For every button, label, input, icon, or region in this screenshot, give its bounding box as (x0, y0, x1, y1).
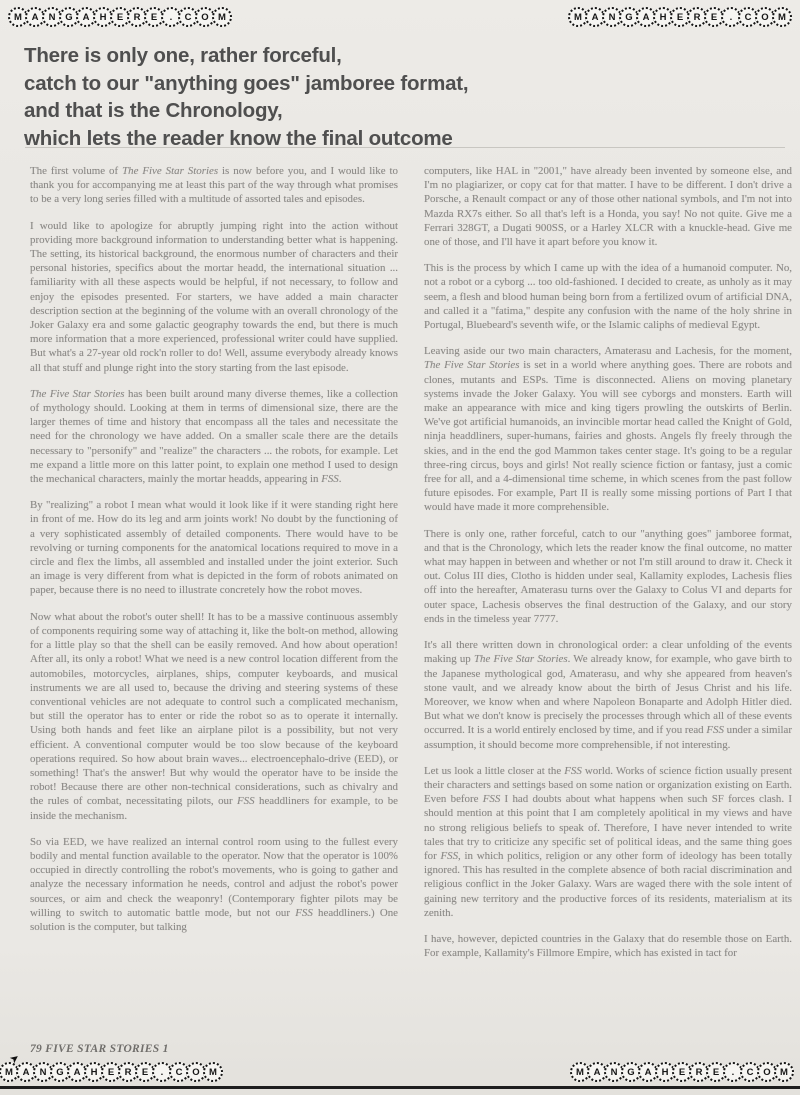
paragraph: It's all there written down in chronolog… (424, 638, 792, 752)
paragraph: Now what about the robot's outer shell! … (30, 610, 398, 823)
paragraph: Let us look a little closer at the FSS w… (424, 764, 792, 920)
title-line-1: There is only one, rather forceful, (24, 42, 468, 70)
paragraph: There is only one, rather forceful, catc… (424, 527, 792, 626)
paragraph: I would like to apologize for abruptly j… (30, 219, 398, 375)
scanned-page: MANGAHERE.COM MANGAHERE.COM There is onl… (0, 0, 800, 1095)
paragraph: computers, like HAL in "2001," have alre… (424, 164, 792, 249)
paragraph: The Five Star Stories has been built aro… (30, 387, 398, 486)
mangahere-watermark-top-right: MANGAHERE.COM (568, 7, 792, 27)
title-line-3: and that is the Chronology, (24, 97, 468, 125)
body-text: The first volume of The Five Star Storie… (30, 164, 792, 960)
mangahere-watermark-top-left: MANGAHERE.COM (8, 7, 232, 27)
paragraph: Leaving aside our two main characters, A… (424, 344, 792, 514)
watermark-letter: M (772, 7, 792, 27)
mangahere-watermark-bottom-right: MANGAHERE.COM (570, 1062, 794, 1082)
header-divider (25, 147, 785, 148)
paragraph: I have, however, depicted countries in t… (424, 932, 792, 960)
page-number-label: 79 FIVE STAR STORIES 1 (30, 1043, 169, 1055)
paragraph: So via EED, we have realized an internal… (30, 835, 398, 934)
page-bottom-edge (0, 1086, 800, 1089)
watermark-letter: M (203, 1062, 223, 1082)
right-column: computers, like HAL in "2001," have alre… (424, 164, 792, 960)
title-line-2: catch to our "anything goes" jamboree fo… (24, 70, 468, 98)
paragraph: By "realizing" a robot I mean what would… (30, 498, 398, 597)
left-column: The first volume of The Five Star Storie… (30, 164, 398, 960)
watermark-letter: M (212, 7, 232, 27)
page-title: There is only one, rather forceful, catc… (24, 42, 468, 152)
paragraph: The first volume of The Five Star Storie… (30, 164, 398, 207)
watermark-letter: M (774, 1062, 794, 1082)
mangahere-watermark-bottom-left: ➤ MANGAHERE.COM (2, 1062, 223, 1082)
paragraph: This is the process by which I came up w… (424, 261, 792, 332)
